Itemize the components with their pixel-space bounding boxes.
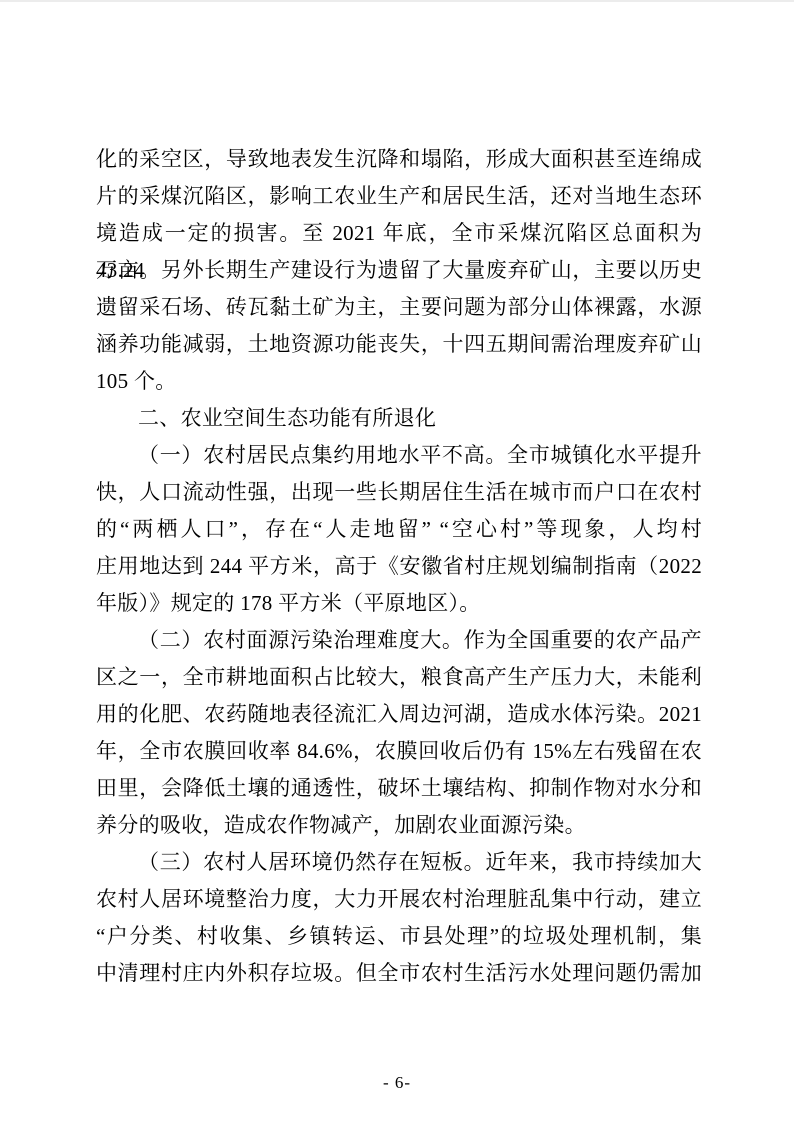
text-line: 庄用地达到 244 平方米，高于《安徽省村庄规划编制指南（2022 [96, 548, 702, 585]
text-line: 105 个。 [96, 363, 702, 400]
page-number: - 6- [0, 1072, 794, 1094]
document-page: 化的采空区，导致地表发生沉降和塌陷，形成大面积甚至连绵成 片的采煤沉陷区，影响工… [96, 141, 702, 992]
text-line: “户分类、村收集、乡镇转运、市县处理”的垃圾处理机制，集 [96, 918, 702, 955]
paragraph-start-line: （三）农村人居环境仍然存在短板。近年来，我市持续加大 [96, 844, 702, 881]
text-line: 快，人口流动性强，出现一些长期居住生活在城市而户口在农村 [96, 474, 702, 511]
text-line: 化的采空区，导致地表发生沉降和塌陷，形成大面积甚至连绵成 [96, 141, 702, 178]
text-line: 养分的吸收，造成农作物减产，加剧农业面源污染。 [96, 807, 702, 844]
text-line: 农村人居环境整治力度，大力开展农村治理脏乱集中行动，建立 [96, 881, 702, 918]
section-heading: 二、农业空间生态功能有所退化 [96, 400, 702, 437]
paragraph-start-line: （二）农村面源污染治理难度大。作为全国重要的农产品产 [96, 622, 702, 659]
text-line: 年，全市农膜回收率 84.6%，农膜回收后仍有 15%左右残留在农 [96, 733, 702, 770]
text-line: 片的采煤沉陷区，影响工农业生产和居民生活，还对当地生态环 [96, 178, 702, 215]
text-line: 的“两栖人口”，存在“人走地留” “空心村”等现象，人均村 [96, 511, 702, 548]
text-line: 年版）》规定的 178 平方米（平原地区）。 [96, 585, 702, 622]
text-line: 中清理村庄内外积存垃圾。但全市农村生活污水处理问题仍需加 [96, 955, 702, 992]
page-top-edge [0, 0, 794, 2]
text-line: 田里，会降低土壤的通透性，破坏土壤结构、抑制作物对水分和 [96, 770, 702, 807]
text-line: 境造成一定的损害。至 2021 年底，全市采煤沉陷区总面积为 43.24 [96, 215, 702, 252]
text-line: 遗留采石场、砖瓦黏土矿为主，主要问题为部分山体裸露，水源 [96, 289, 702, 326]
text-line: 区之一，全市耕地面积占比较大，粮食高产生产压力大，未能利 [96, 659, 702, 696]
text-line: 涵养功能减弱，土地资源功能丧失，十四五期间需治理废弃矿山 [96, 326, 702, 363]
paragraph-start-line: （一）农村居民点集约用地水平不高。全市城镇化水平提升 [96, 437, 702, 474]
text-line: 万亩。另外长期生产建设行为遗留了大量废弃矿山，主要以历史 [96, 252, 702, 289]
text-line: 用的化肥、农药随地表径流汇入周边河湖，造成水体污染。2021 [96, 696, 702, 733]
